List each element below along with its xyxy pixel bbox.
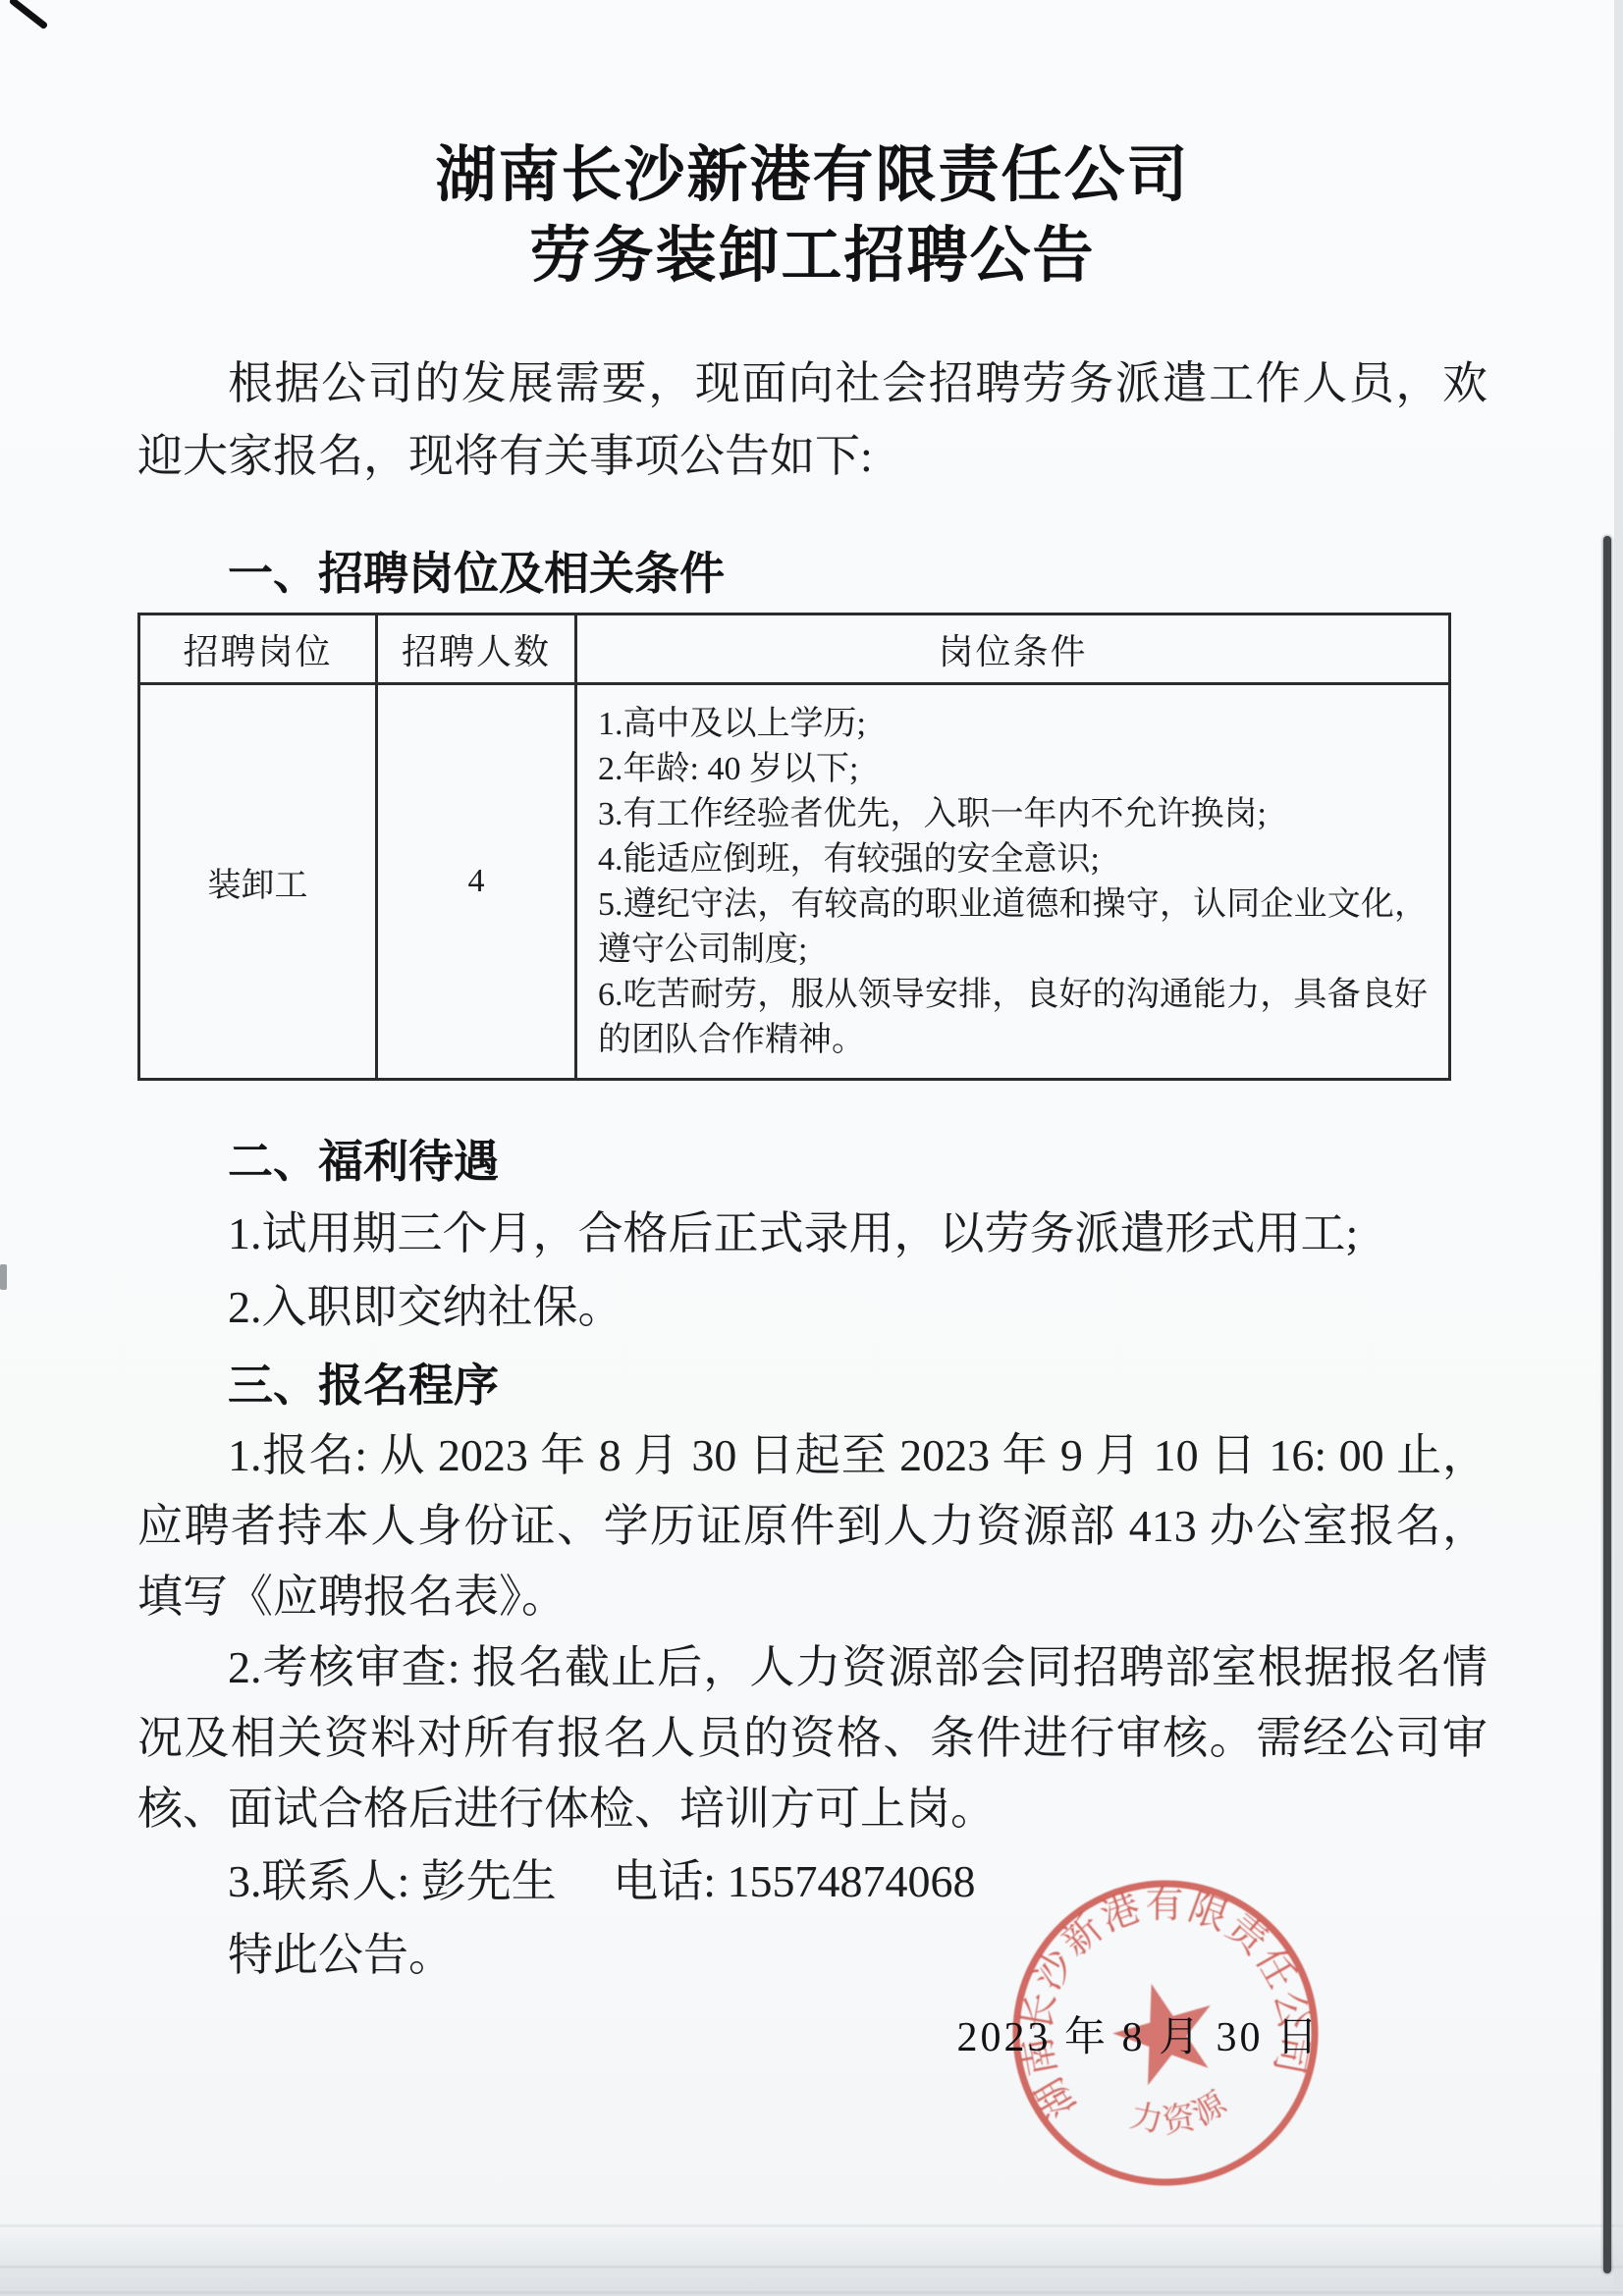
seal-company-text: 湖南长沙新港有限责任公司 xyxy=(994,1859,1325,2128)
condition-line: 3.有工作经验者优先，入职一年内不允许换岗; xyxy=(598,792,1428,837)
review-paragraph: 2.考核审查: 报名截止后，人力资源部会同招聘部室根据报名情况及相关资料对所有报… xyxy=(137,1632,1488,1844)
condition-line: 6.吃苦耐劳，服从领导安排，良好的沟通能力，具备良好的团队合作精神。 xyxy=(598,973,1428,1063)
condition-line: 1.高中及以上学历; xyxy=(598,702,1428,747)
table-data-row: 装卸工 4 1.高中及以上学历; 2.年龄: 40 岁以下; 3.有工作经验者优… xyxy=(139,684,1450,1080)
document-title: 湖南长沙新港有限责任公司 劳务装卸工招聘公告 xyxy=(137,135,1488,296)
condition-line: 5.遵纪守法，有较高的职业道德和操守，认同企业文化，遵守公司制度; xyxy=(598,882,1428,973)
col-header-count: 招聘人数 xyxy=(377,614,576,684)
signup-paragraph: 1.报名: 从 2023 年 8 月 30 日起至 2023 年 9 月 10 … xyxy=(137,1420,1488,1632)
cell-count: 4 xyxy=(377,684,576,1080)
scan-streak xyxy=(0,2291,1623,2294)
title-line-1: 湖南长沙新港有限责任公司 xyxy=(137,135,1488,216)
scan-right-shade xyxy=(1614,0,1623,2296)
scan-bottom-band xyxy=(0,2225,1623,2296)
recruitment-table: 招聘岗位 招聘人数 岗位条件 装卸工 4 1.高中及以上学历; 2.年龄: 40… xyxy=(137,613,1451,1081)
welfare-item: 1.试用期三个月，合格后正式录用，以劳务派遣形式用工; xyxy=(137,1197,1488,1270)
scanned-announcement-page: 湖南长沙新港有限责任公司 劳务装卸工招聘公告 根据公司的发展需要，现面向社会招聘… xyxy=(0,0,1623,2296)
document-body: 湖南长沙新港有限责任公司 劳务装卸工招聘公告 根据公司的发展需要，现面向社会招聘… xyxy=(137,0,1488,1992)
scan-edge-speck xyxy=(0,1264,7,1290)
section-3-heading: 三、报名程序 xyxy=(137,1350,1488,1420)
col-header-position: 招聘岗位 xyxy=(139,614,377,684)
section-2-heading: 二、福利待遇 xyxy=(137,1126,1488,1197)
scan-streak xyxy=(0,2266,1623,2269)
cell-position: 装卸工 xyxy=(139,684,377,1080)
cell-conditions: 1.高中及以上学历; 2.年龄: 40 岁以下; 3.有工作经验者优先，入职一年… xyxy=(576,684,1450,1080)
scan-streak xyxy=(0,2224,1623,2227)
welfare-item: 2.入职即交纳社保。 xyxy=(137,1270,1488,1344)
scan-corner-artifact xyxy=(9,0,49,29)
issue-date: 2023 年 8 月 30 日 xyxy=(956,2004,1321,2063)
condition-line: 2.年龄: 40 岁以下; xyxy=(598,747,1428,792)
condition-line: 4.能适应倒班，有较强的安全意识; xyxy=(598,837,1428,882)
title-line-2: 劳务装卸工招聘公告 xyxy=(137,216,1488,296)
table-header-row: 招聘岗位 招聘人数 岗位条件 xyxy=(139,614,1450,684)
section-1-heading: 一、招聘岗位及相关条件 xyxy=(137,538,1488,609)
intro-paragraph: 根据公司的发展需要，现面向社会招聘劳务派遣工作人员，欢迎大家报名，现将有关事项公… xyxy=(137,347,1488,493)
col-header-conditions: 岗位条件 xyxy=(576,614,1450,684)
scan-right-edge-line xyxy=(1603,536,1611,2273)
